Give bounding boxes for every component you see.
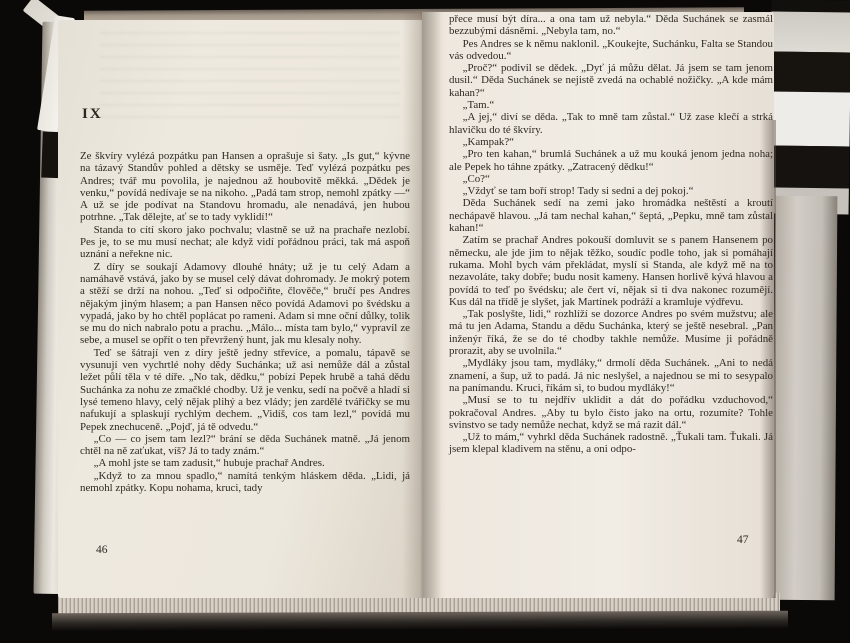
paragraph: „A jej,“ diví se děda. „Tak to mně tam z…: [449, 111, 773, 136]
paragraph: Teď se šátrají ven z díry ještě jedny st…: [80, 347, 410, 433]
paragraph: „Musí se to tu nejdřív uklidit a dát do …: [449, 394, 773, 431]
paragraph: Děda Suchánek sedí na zemi jako hromádka…: [449, 197, 773, 234]
left-page-text: Ze škvíry vylézá pozpátku pan Hansen a o…: [80, 150, 410, 494]
paragraph: „Mydláky jsou tam, mydláky,“ drmolí děda…: [449, 357, 773, 394]
paragraph: „Vždyť se tam boří strop! Tady si sedni …: [449, 185, 773, 197]
paragraph: „Tam.“: [449, 99, 773, 111]
paragraph: „A mohl jste se tam zadusit,“ hubuje pra…: [80, 457, 410, 469]
paragraph: Z díry se soukají Adamovy dlouhé hnáty; …: [80, 261, 410, 347]
stripe-band-white: [771, 11, 850, 52]
striped-backdrop: [769, 0, 850, 215]
paragraph: „Proč?“ podivil se dědek. „Dyť já můžu d…: [449, 62, 773, 99]
paragraph: přece musí být díra... a ona tam už neby…: [449, 13, 773, 38]
page-number-left: 46: [96, 544, 108, 556]
stripe-band-black: [769, 145, 850, 188]
paragraph: „Co — co jsem tam lezl?“ brání se děda S…: [80, 433, 410, 458]
chapter-heading: IX: [82, 106, 103, 123]
page-edge-bottom-shadow: [52, 611, 788, 632]
right-page-text: přece musí být díra... a ona tam už neby…: [449, 13, 773, 456]
paragraph: „Co?“: [449, 173, 773, 185]
paragraph: „Už to mám,“ vyhrkl děda Suchánek radost…: [449, 431, 773, 456]
page-edge-right: [773, 196, 838, 600]
stripe-band-white: [769, 91, 850, 146]
page-number-right: 47: [737, 534, 749, 546]
text-showthrough: [100, 32, 400, 120]
paragraph: Ze škvíry vylézá pozpátku pan Hansen a o…: [80, 150, 410, 224]
paragraph: „Kampak?“: [449, 136, 773, 148]
paragraph: „Pro ten kahan,“ brumlá Suchánek a už mu…: [449, 148, 773, 173]
paragraph: „Tak poslyšte, lidi,“ rozhlíží se dozorc…: [449, 308, 773, 357]
paragraph: „Když to za mnou spadlo,“ namítá tenkým …: [80, 470, 410, 495]
paragraph: Pes Andres se k němu naklonil. „Koukejte…: [449, 38, 773, 63]
paragraph: Standa to cítí skoro jako pochvalu; vlas…: [80, 224, 410, 261]
paragraph: Zatím se prachař Andres pokouší domluvit…: [449, 234, 773, 308]
book-photo: IX Ze škvíry vylézá pozpátku pan Hansen …: [0, 0, 850, 643]
stripe-band-black: [770, 51, 850, 92]
